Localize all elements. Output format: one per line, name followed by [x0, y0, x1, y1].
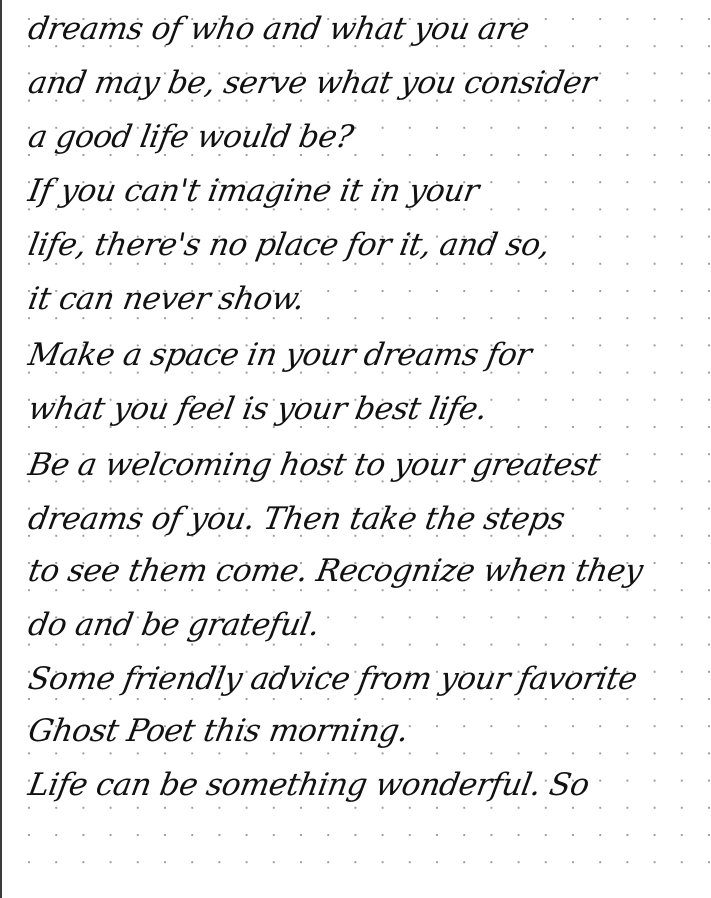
- handwritten-line-8: what you feel is your best life.: [26, 394, 489, 425]
- notebook-page: dreams of who and what you are and may b…: [0, 0, 711, 898]
- handwritten-line-9: Be a welcoming host to your greatest: [26, 450, 602, 481]
- handwritten-line-15: Life can be something wonderful. So: [26, 770, 591, 801]
- handwritten-line-2: and may be, serve what you consider: [26, 68, 598, 99]
- handwritten-line-5: life, there's no place for it, and so,: [26, 230, 552, 261]
- handwritten-line-10: dreams of you. Then take the steps: [26, 504, 567, 535]
- handwritten-line-4: If you can't imagine it in your: [26, 176, 481, 207]
- handwritten-line-7: Make a space in your dreams for: [26, 340, 533, 371]
- handwritten-line-14: Ghost Poet this morning.: [26, 716, 411, 747]
- handwritten-line-1: dreams of who and what you are: [26, 14, 531, 45]
- handwritten-line-13: Some friendly advice from your favorite: [26, 664, 639, 695]
- handwritten-line-6: it can never show.: [26, 284, 306, 315]
- handwritten-line-11: to see them come. Recognize when they: [26, 556, 645, 587]
- handwritten-line-12: do and be grateful.: [26, 610, 322, 641]
- handwritten-line-3: a good life would be?: [26, 122, 355, 153]
